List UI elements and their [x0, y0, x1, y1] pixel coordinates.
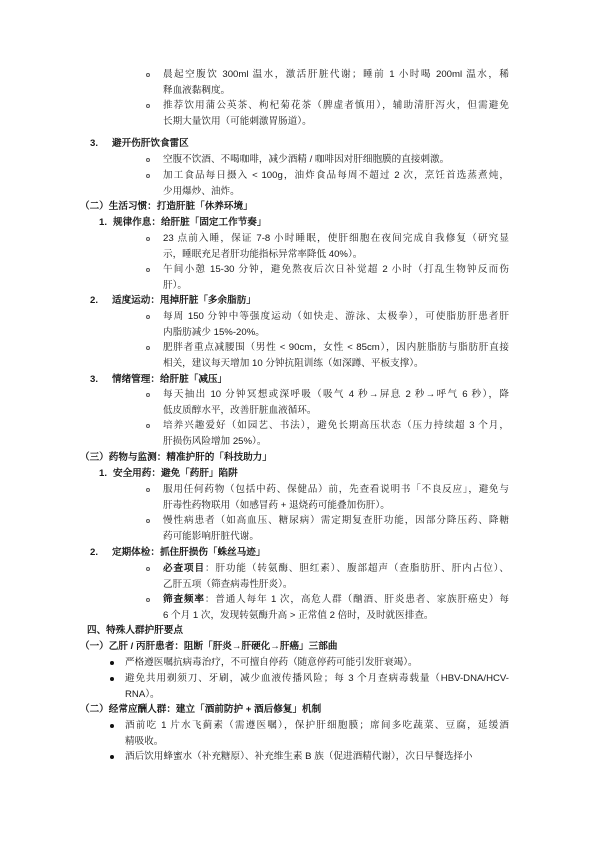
list-item-text: 培养兴趣爱好（如园艺、书法），避免长期高压状态（压力持续超 3 个月， [163, 418, 509, 433]
bullet-icon [110, 661, 114, 665]
item-number: 2. [90, 293, 98, 308]
list-item-text: 加工食品每日摄入 < 100g，油炸食品每周不超过 2 次，烹饪首选蒸煮炖， [163, 168, 509, 183]
list-item-text: 肝毒性药物联用（如感冒药 + 退烧药可能叠加伤肝）。 [163, 498, 390, 513]
list-item-text: 肝损伤风险增加 25%）。 [163, 434, 266, 449]
numbered-heading: 规律作息：给肝脏「固定工作节奏」 [113, 215, 267, 230]
chapter-heading: 四、特殊人群护肝要点 [87, 623, 183, 638]
document-page: 晨起空腹饮 300ml 温水，激活肝脏代谢；睡前 1 小时喝 200ml 温水，… [0, 0, 595, 841]
hollow-bullet-icon [146, 237, 150, 241]
list-item-text: 示，睡眠充足者肝功能指标异常率降低 40%）。 [163, 247, 362, 262]
list-item-text: 每天抽出 10 分钟冥想或深呼吸（吸气 4 秒→屏息 2 秒→呼气 6 秒），降 [163, 387, 509, 402]
item-label: 筛查频率 [163, 594, 205, 605]
numbered-heading: 安全用药：避免「药肝」陷阱 [113, 466, 238, 481]
item-number: 2. [90, 545, 98, 560]
list-item-text: 相关，建议每天增加 10 分钟抗阻训练（如深蹲、平板支撑）。 [163, 356, 424, 371]
list-item-text: 午间小憩 15-30 分钟，避免熬夜后次日补觉超 2 小时（打乱生物钟反而伤 [163, 262, 509, 277]
list-item-text: 酒前吃 1 片水飞蓟素（需遵医嘱），保护肝细胞膜；席间多吃蔬菜、豆腐，延缓酒 [125, 718, 509, 733]
bullet-icon [110, 724, 114, 728]
list-item-text: 严格遵医嘱抗病毒治疗，不可擅自停药（随意停药可能引发肝衰竭）。 [125, 655, 418, 670]
hollow-bullet-icon [146, 567, 150, 571]
list-item-text: 肝）。 [163, 278, 187, 293]
numbered-heading: 适度运动：甩掉肝脏「多余脂肪」 [112, 293, 256, 308]
item-text: ：肝功能（转氨酶、胆红素）、腹部超声（查脂肪肝、肝内占位）、 [205, 563, 509, 574]
list-item-text: 推荐饮用蒲公英茶、枸杞菊花茶（脾虚者慎用），辅助清肝泻火，但需避免 [163, 98, 509, 113]
list-item-text: 23 点前入睡，保证 7-8 小时睡眠，使肝细胞在夜间完成自我修复（研究显 [163, 231, 509, 246]
list-item-text: 空腹不饮酒、不喝咖啡，减少酒精 / 咖啡因对肝细胞膜的直接刺激。 [163, 152, 449, 167]
hollow-bullet-icon [146, 519, 150, 523]
hollow-bullet-icon [146, 346, 150, 350]
list-item-text: 长期大量饮用（可能刺激胃肠道）。 [163, 114, 312, 129]
list-item-text: 乙肝五项（筛查病毒性肝炎）。 [163, 577, 293, 592]
numbered-heading: 定期体检：抓住肝损伤「蛛丝马迹」 [112, 545, 266, 560]
list-item-text: 药可能影响肝脏代谢。 [163, 529, 259, 544]
list-item-text: 避免共用剃须刀、牙刷，减少血液传播风险；每 3 个月查病毒载量（HBV-DNA/… [125, 671, 509, 686]
list-item-text: 每周 150 分钟中等强度运动（如快走、游泳、太极拳），可使脂肪肝患者肝 [163, 309, 509, 324]
list-item-text: 低皮质醇水平，改善肝脏血液循环。 [163, 403, 317, 418]
hollow-bullet-icon [146, 73, 150, 77]
item-number: 1. [99, 215, 107, 230]
numbered-heading: 情绪管理：给肝脏「减压」 [112, 372, 227, 387]
section-heading: （三）药物与监测：精准护肝的「科技助力」 [80, 450, 272, 465]
item-text: ：普通人每年 1 次，高危人群（酗酒、肝炎患者、家族肝癌史）每 [205, 594, 509, 605]
list-item-text: 必查项目：肝功能（转氨酶、胆红素）、腹部超声（查脂肪肝、肝内占位）、 [163, 561, 509, 576]
list-item-text: 内脂肪减少 15%-20%。 [163, 325, 265, 340]
bullet-icon [110, 755, 114, 759]
hollow-bullet-icon [146, 488, 150, 492]
item-number: 3. [90, 372, 98, 387]
hollow-bullet-icon [146, 268, 150, 272]
list-item-text: 精吸收。 [125, 734, 163, 749]
list-item-text: 肥胖者重点减腰围（男性 < 90cm，女性 < 85cm），因内脏脂肪与脂肪肝直… [163, 340, 509, 355]
item-label: 必查项目 [163, 563, 205, 574]
list-item-text: RNA）。 [125, 687, 160, 702]
hollow-bullet-icon [146, 104, 150, 108]
list-item-text: 释血液黏稠度。 [163, 83, 230, 98]
section-heading: （一）乙肝 / 丙肝患者：阻断「肝炎→肝硬化→肝癌」三部曲 [80, 639, 337, 654]
list-item-text: 筛查频率：普通人每年 1 次，高危人群（酗酒、肝炎患者、家族肝癌史）每 [163, 592, 509, 607]
numbered-heading: 避开伤肝饮食雷区 [112, 136, 189, 151]
hollow-bullet-icon [146, 424, 150, 428]
section-heading: （二）经常应酬人群：建立「酒前防护 + 酒后修复」机制 [80, 702, 321, 717]
hollow-bullet-icon [146, 174, 150, 178]
hollow-bullet-icon [146, 393, 150, 397]
list-item-text: 晨起空腹饮 300ml 温水，激活肝脏代谢；睡前 1 小时喝 200ml 温水，… [163, 67, 509, 82]
item-number: 3. [90, 136, 98, 151]
list-item-text: 慢性病患者（如高血压、糖尿病）需定期复查肝功能，因部分降压药、降糖 [163, 513, 509, 528]
bullet-icon [110, 677, 114, 681]
list-item-text: 6 个月 1 次，发现转氨酶升高 > 正常值 2 倍时，及时就医排查。 [163, 608, 434, 623]
list-item-text: 少用爆炒、油炸。 [163, 184, 240, 199]
list-item-text: 酒后饮用蜂蜜水（补充糖原）、补充维生素 B 族（促进酒精代谢），次日早餐选择小 [125, 749, 473, 764]
list-item-text: 服用任何药物（包括中药、保健品）前，先查看说明书「不良反应」，避免与 [163, 482, 509, 497]
hollow-bullet-icon [146, 315, 150, 319]
item-number: 1. [99, 466, 107, 481]
hollow-bullet-icon [146, 158, 150, 162]
hollow-bullet-icon [146, 598, 150, 602]
section-heading: （二）生活习惯：打造肝脏「休养环境」 [80, 199, 253, 214]
